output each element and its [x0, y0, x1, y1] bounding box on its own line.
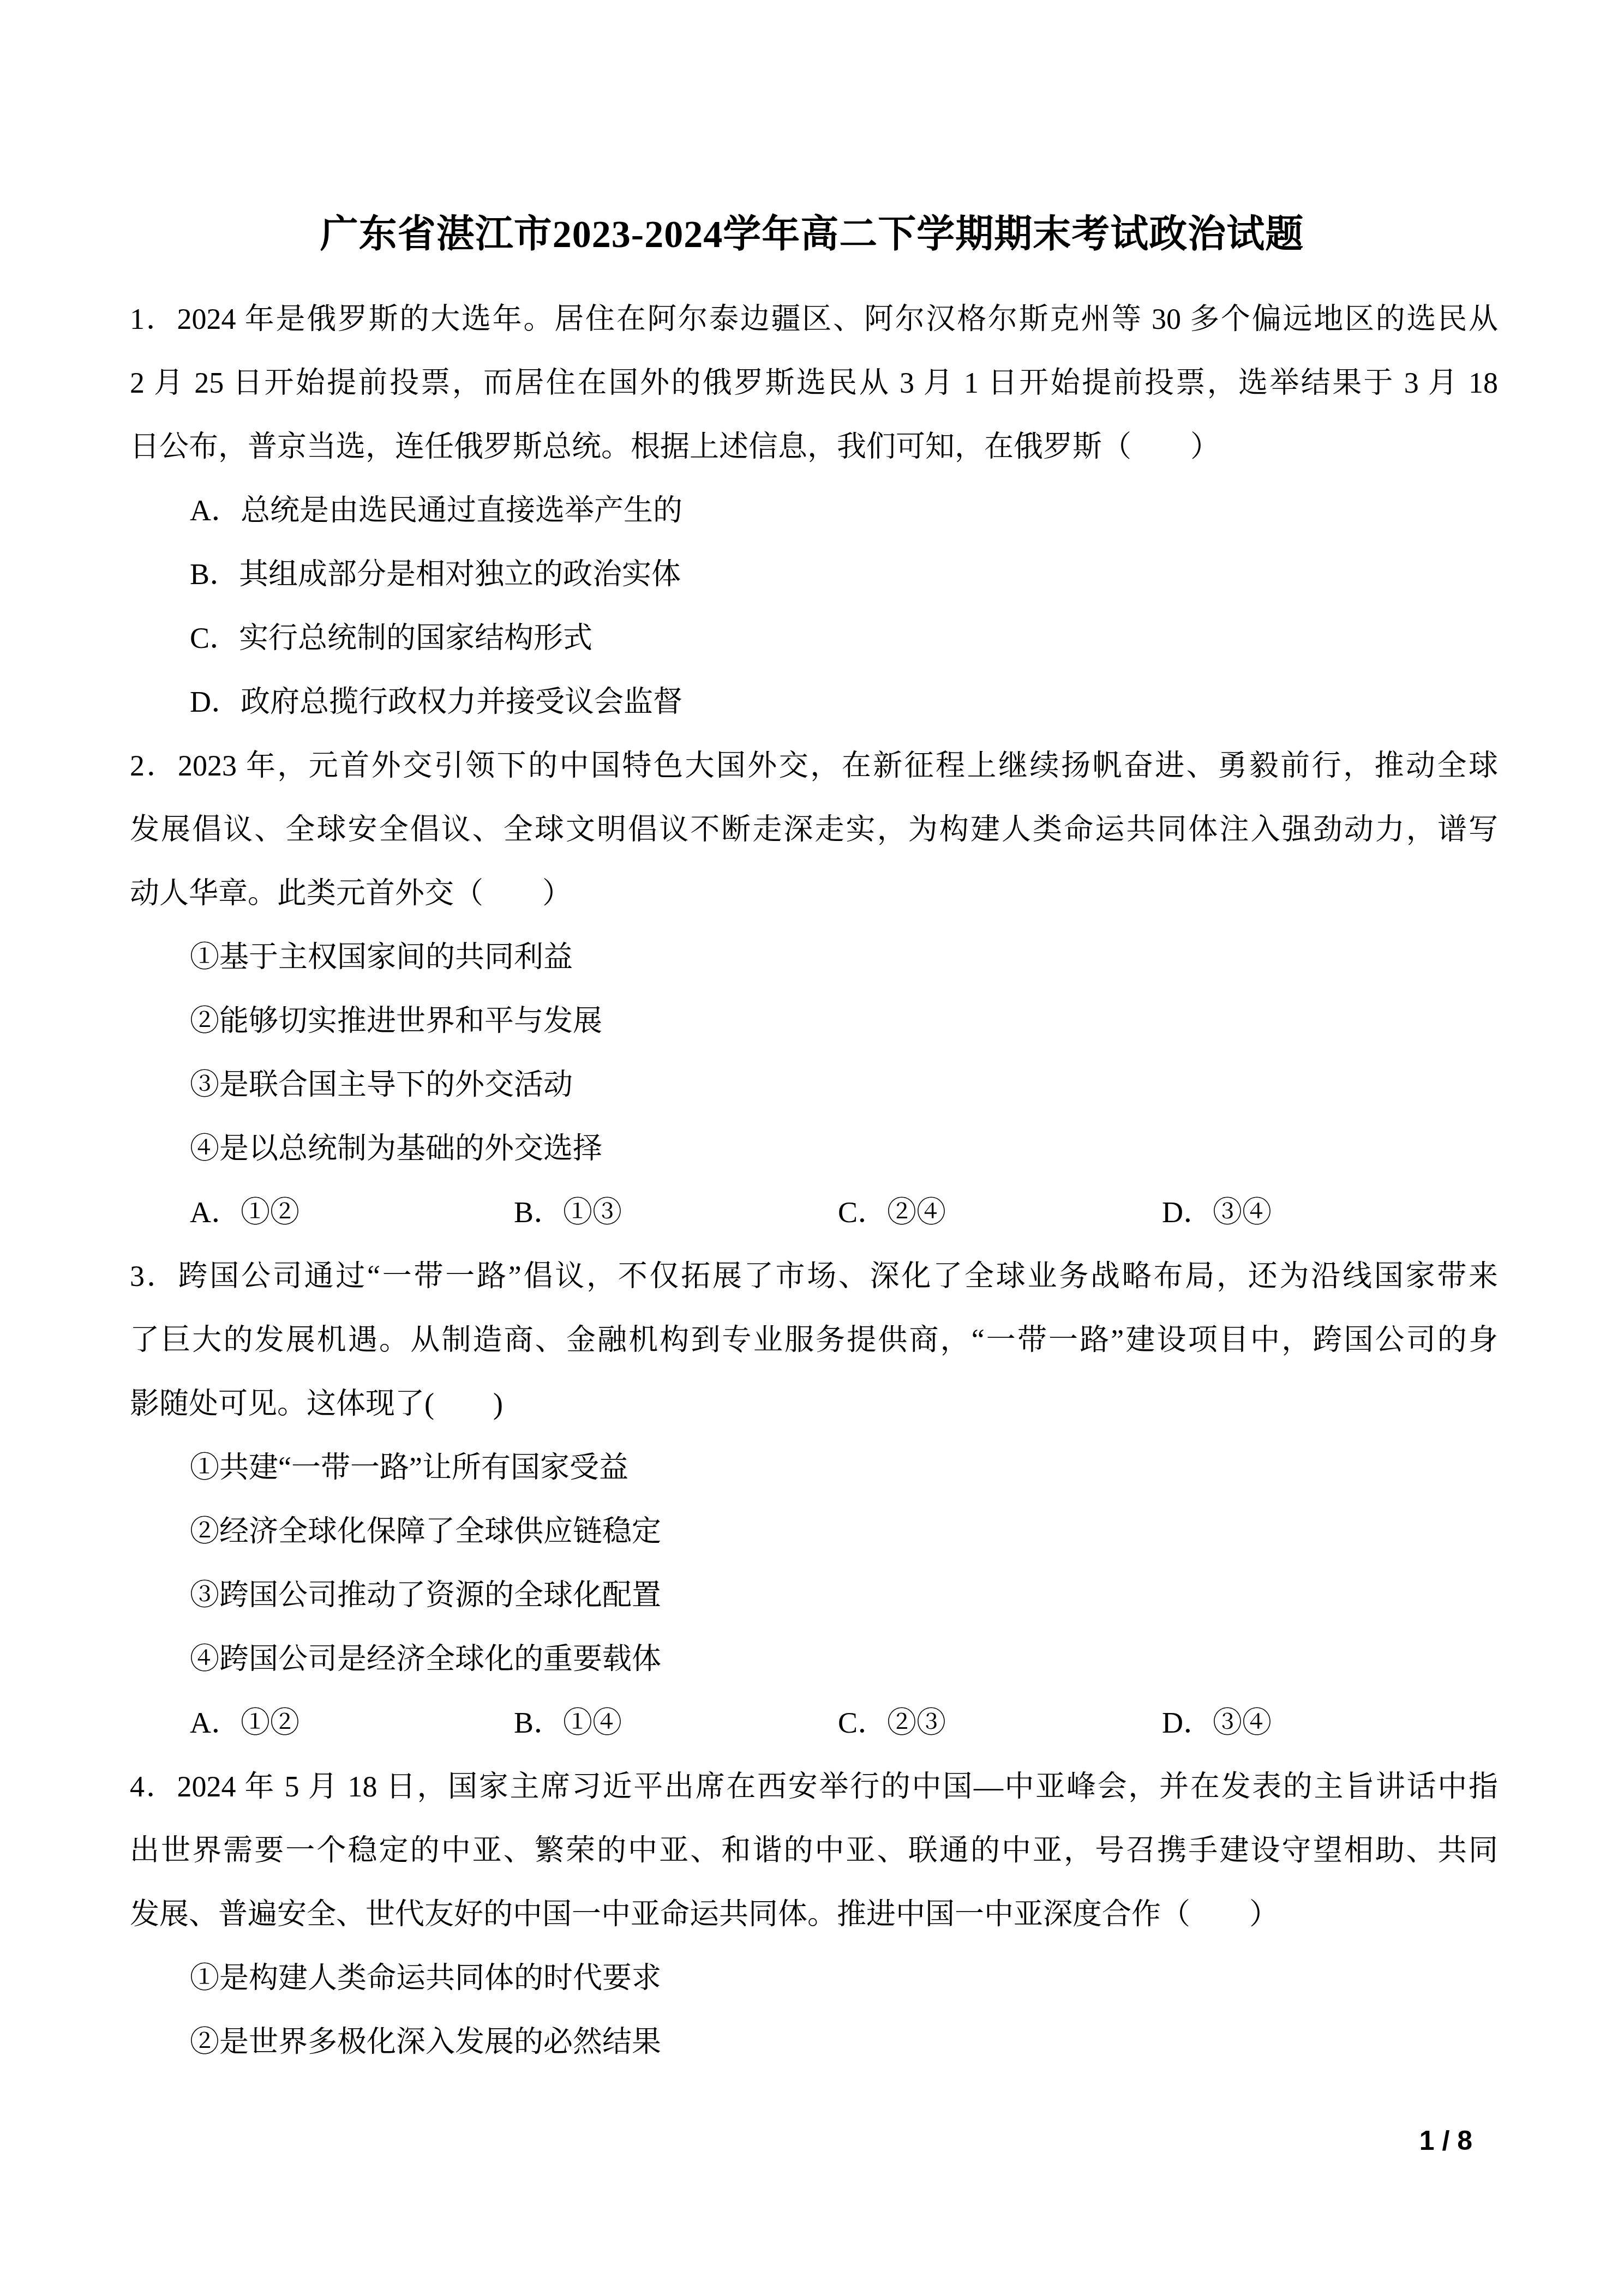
question-1-option-b: B．其组成部分是相对独立的政治实体 [130, 543, 1498, 606]
question-2-stem-line-3: 动人华章。此类元首外交（ ） [130, 862, 1498, 925]
question-3-choice-c: C．②③ [838, 1691, 1162, 1755]
question-2-choice-d: D．③④ [1162, 1181, 1272, 1245]
question-2-item-1: ①基于主权国家间的共同利益 [130, 925, 1498, 989]
page-number: 1 / 8 [1419, 2124, 1472, 2157]
question-2-choice-b: B．①③ [514, 1181, 838, 1245]
question-2-item-4: ④是以总统制为基础的外交选择 [130, 1117, 1498, 1181]
question-4-stem-line-2: 出世界需要一个稳定的中亚、繁荣的中亚、和谐的中亚、联通的中亚，号召携手建设守望相… [130, 1819, 1498, 1883]
question-1-option-d: D．政府总揽行政权力并接受议会监督 [130, 670, 1498, 734]
question-3-stem-line-3: 影随处可见。这体现了( ) [130, 1372, 1498, 1436]
question-2-choice-row: A．①②B．①③C．②④D．③④ [130, 1181, 1498, 1245]
question-3-item-1: ①共建“一带一路”让所有国家受益 [130, 1436, 1498, 1500]
exam-title: 广东省湛江市2023-2024学年高二下学期期末考试政治试题 [0, 209, 1624, 261]
question-3-item-2: ②经济全球化保障了全球供应链稳定 [130, 1500, 1498, 1564]
question-2-item-3: ③是联合国主导下的外交活动 [130, 1053, 1498, 1117]
question-1-stem-line-1: 1．2024 年是俄罗斯的大选年。居住在阿尔泰边疆区、阿尔汉格尔斯克州等 30 … [130, 287, 1498, 351]
question-2-choice-a: A．①② [190, 1181, 514, 1245]
question-3-stem-line-1: 3．跨国公司通过“一带一路”倡议，不仅拓展了市场、深化了全球业务战略布局，还为沿… [130, 1245, 1498, 1308]
question-2-stem-line-1: 2．2023 年，元首外交引领下的中国特色大国外交，在新征程上继续扬帆奋进、勇毅… [130, 734, 1498, 798]
question-4-stem-line-1: 4．2024 年 5 月 18 日，国家主席习近平出席在西安举行的中国—中亚峰会… [130, 1755, 1498, 1819]
question-4-item-2: ②是世界多极化深入发展的必然结果 [130, 2010, 1498, 2074]
question-2-stem-line-2: 发展倡议、全球安全倡议、全球文明倡议不断走深走实，为构建人类命运共同体注入强劲动… [130, 798, 1498, 862]
question-3-choice-b: B．①④ [514, 1691, 838, 1755]
question-3-stem-line-2: 了巨大的发展机遇。从制造商、金融机构到专业服务提供商，“一带一路”建设项目中，跨… [130, 1308, 1498, 1372]
question-3-item-3: ③跨国公司推动了资源的全球化配置 [130, 1564, 1498, 1627]
question-1-option-c: C．实行总统制的国家结构形式 [130, 606, 1498, 670]
question-2-choice-c: C．②④ [838, 1181, 1162, 1245]
question-1-option-a: A．总统是由选民通过直接选举产生的 [130, 479, 1498, 543]
question-3-choice-row: A．①②B．①④C．②③D．③④ [130, 1691, 1498, 1755]
exam-body: 1．2024 年是俄罗斯的大选年。居住在阿尔泰边疆区、阿尔汉格尔斯克州等 30 … [130, 287, 1498, 2074]
exam-page: 广东省湛江市2023-2024学年高二下学期期末考试政治试题 1．2024 年是… [0, 0, 1624, 2296]
question-4-stem-line-3: 发展、普遍安全、世代友好的中国一中亚命运共同体。推进中国一中亚深度合作（ ） [130, 1883, 1498, 1946]
question-2-item-2: ②能够切实推进世界和平与发展 [130, 989, 1498, 1053]
question-3-choice-a: A．①② [190, 1691, 514, 1755]
question-1-stem-line-2: 2 月 25 日开始提前投票，而居住在国外的俄罗斯选民从 3 月 1 日开始提前… [130, 351, 1498, 415]
question-3-choice-d: D．③④ [1162, 1691, 1272, 1755]
question-3-item-4: ④跨国公司是经济全球化的重要载体 [130, 1627, 1498, 1691]
question-4-item-1: ①是构建人类命运共同体的时代要求 [130, 1946, 1498, 2010]
question-1-stem-line-3: 日公布，普京当选，连任俄罗斯总统。根据上述信息，我们可知，在俄罗斯（ ） [130, 415, 1498, 479]
